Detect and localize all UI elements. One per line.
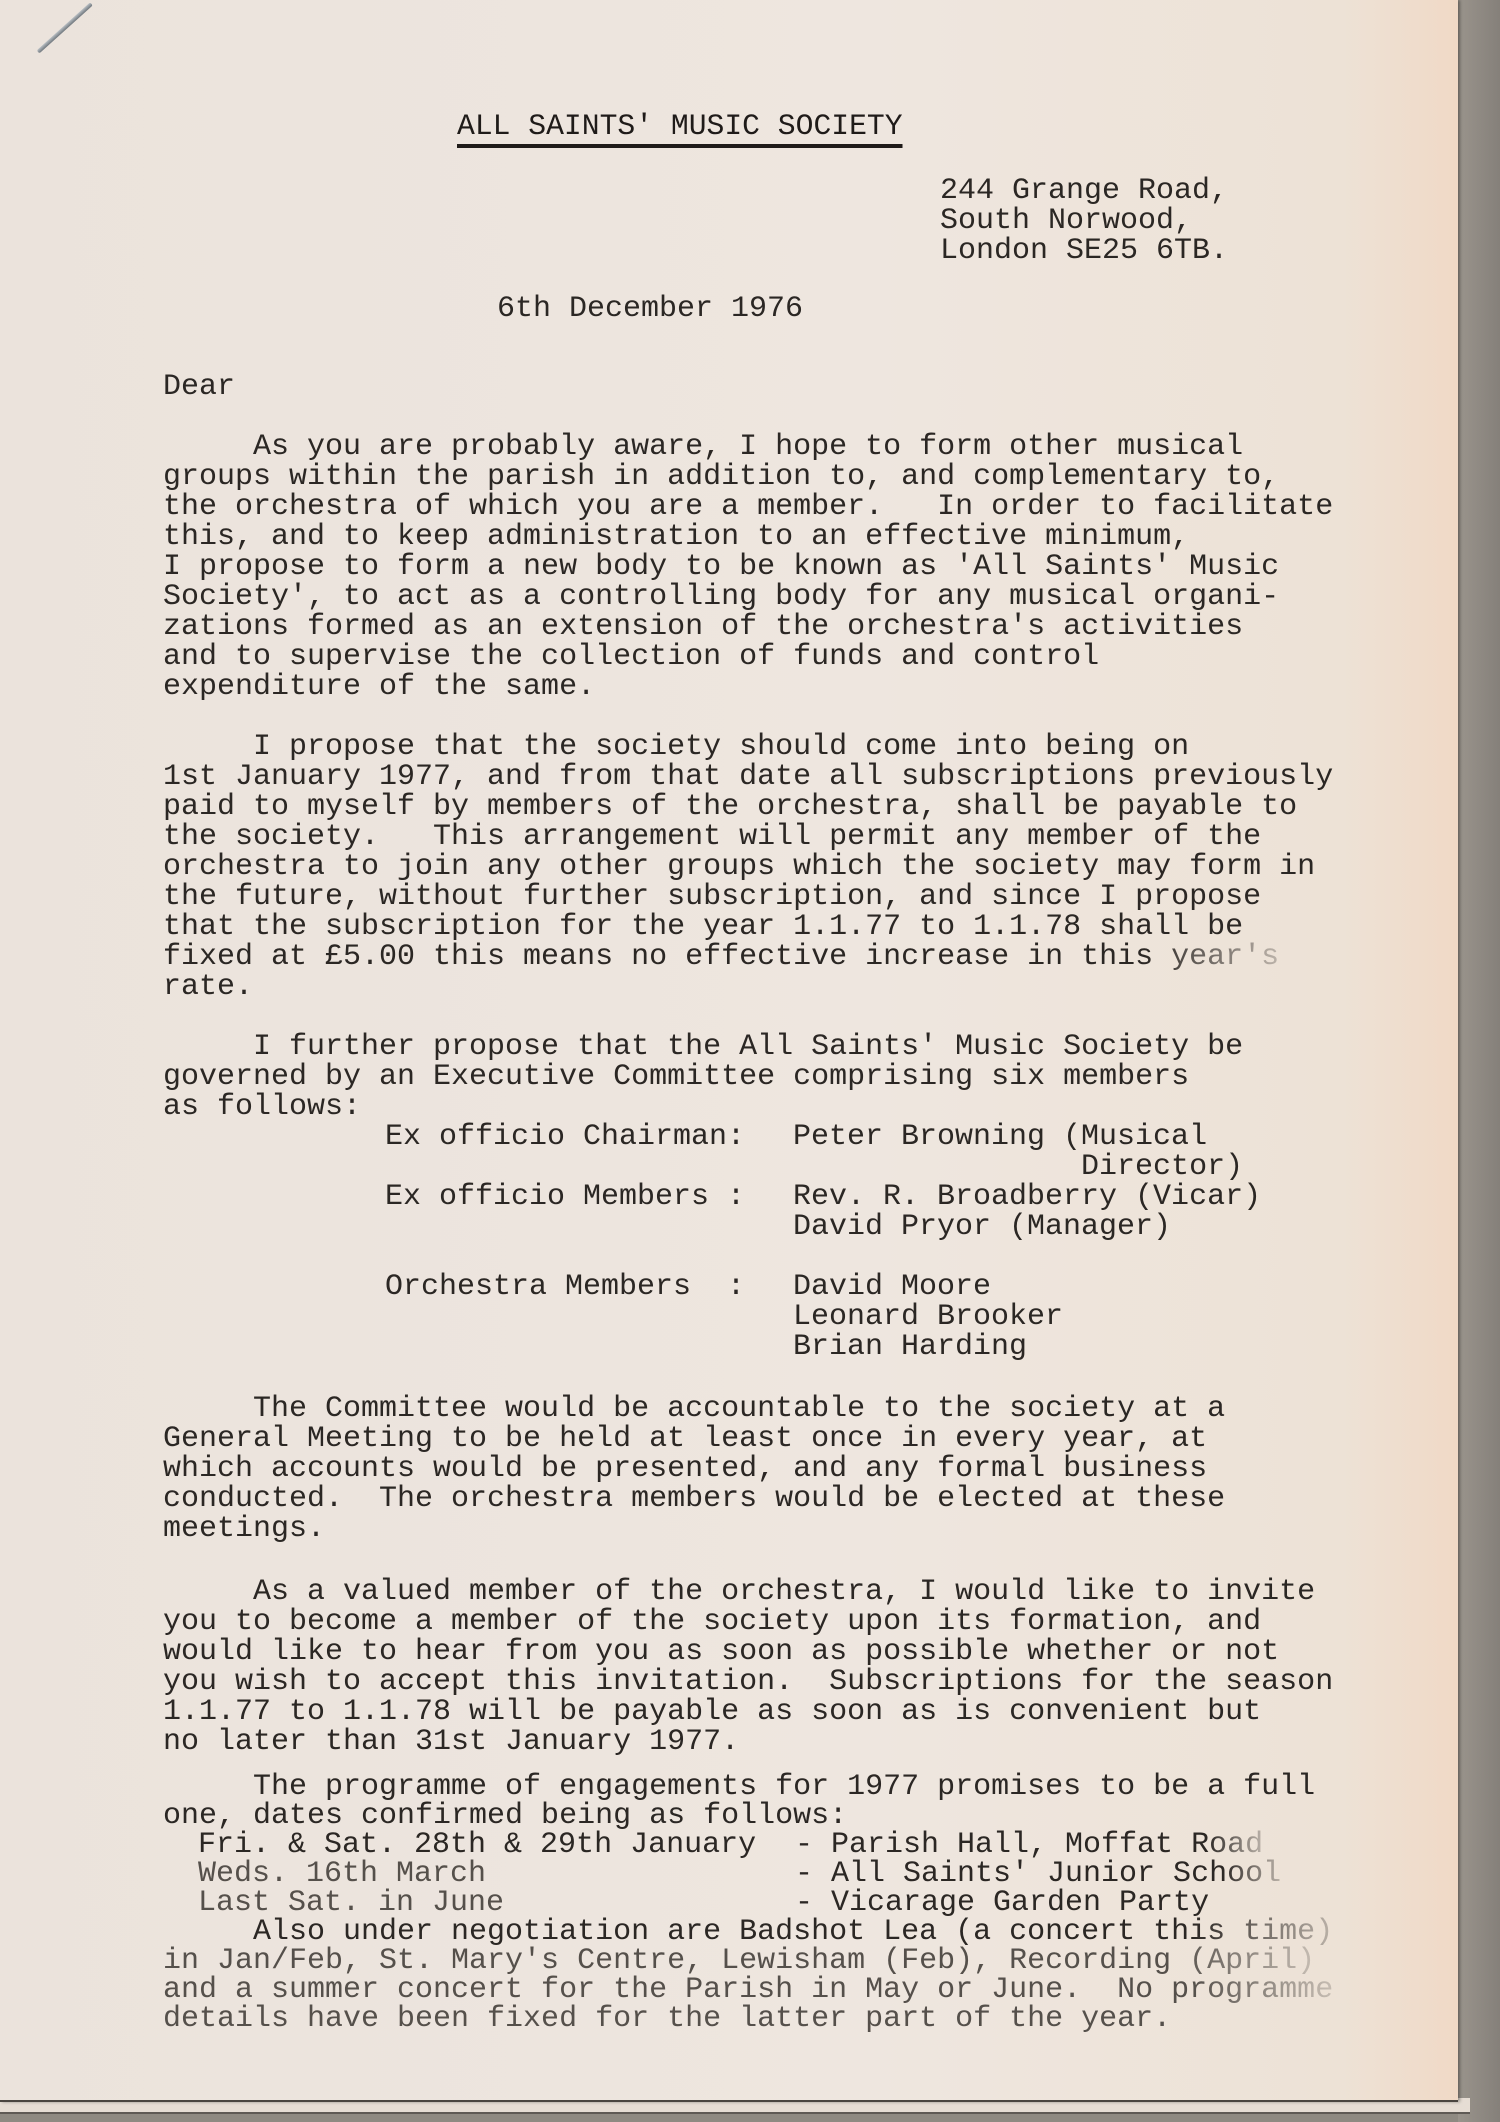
text-line: Also under negotiation are Badshot Lea (… bbox=[163, 1917, 1333, 1947]
text-line: The Committee would be accountable to th… bbox=[163, 1394, 1225, 1424]
committee-member: Brian Harding bbox=[793, 1332, 1027, 1362]
address-line: South Norwood, bbox=[940, 206, 1192, 236]
letter-date: 6th December 1976 bbox=[497, 294, 803, 324]
text-line: in Jan/Feb, St. Mary's Centre, Lewisham … bbox=[163, 1946, 1315, 1976]
salutation: Dear bbox=[163, 372, 235, 402]
letter-title: ALL SAINTS' MUSIC SOCIETY bbox=[457, 112, 903, 148]
text-line: orchestra to join any other groups which… bbox=[163, 852, 1315, 882]
committee-member: Rev. R. Broadberry (Vicar) bbox=[793, 1182, 1261, 1212]
text-line: I further propose that the All Saints' M… bbox=[163, 1032, 1243, 1062]
text-line: that the subscription for the year 1.1.7… bbox=[163, 912, 1243, 942]
committee-role: Ex officio Chairman: bbox=[385, 1122, 745, 1152]
text-line: 1st January 1977, and from that date all… bbox=[163, 762, 1333, 792]
committee-member: David Moore bbox=[793, 1272, 991, 1302]
text-line: zations formed as an extension of the or… bbox=[163, 612, 1243, 642]
text-line: paid to myself by members of the orchest… bbox=[163, 792, 1297, 822]
text-line: this, and to keep administration to an e… bbox=[163, 522, 1189, 552]
text-line: governed by an Executive Committee compr… bbox=[163, 1062, 1189, 1092]
text-line: groups within the parish in addition to,… bbox=[163, 462, 1279, 492]
text-line: 1.1.77 to 1.1.78 will be payable as soon… bbox=[163, 1697, 1261, 1727]
text-line: and a summer concert for the Parish in M… bbox=[163, 1975, 1333, 2005]
text-line: no later than 31st January 1977. bbox=[163, 1727, 739, 1757]
committee-role: Orchestra Members : bbox=[385, 1272, 745, 1302]
committee-member: Director) bbox=[793, 1152, 1243, 1182]
text-line: fixed at £5.00 this means no effective i… bbox=[163, 942, 1279, 972]
text-line: as follows: bbox=[163, 1092, 361, 1122]
text-line: the orchestra of which you are a member.… bbox=[163, 492, 1333, 522]
engagement-venue: - Parish Hall, Moffat Road bbox=[795, 1830, 1263, 1860]
text-line: rate. bbox=[163, 972, 253, 1002]
engagement-venue: - All Saints' Junior School bbox=[795, 1859, 1281, 1889]
text-line: expenditure of the same. bbox=[163, 672, 595, 702]
engagement-date: Fri. & Sat. 28th & 29th January bbox=[198, 1830, 756, 1860]
engagement-date: Weds. 16th March bbox=[198, 1859, 486, 1889]
text-line: would like to hear from you as soon as p… bbox=[163, 1637, 1279, 1667]
engagement-venue: - Vicarage Garden Party bbox=[795, 1888, 1209, 1918]
text-line: and to supervise the collection of funds… bbox=[163, 642, 1099, 672]
text-line: the society. This arrangement will permi… bbox=[163, 822, 1261, 852]
text-line: which accounts would be presented, and a… bbox=[163, 1454, 1207, 1484]
committee-member: Leonard Brooker bbox=[793, 1302, 1063, 1332]
text-line: conducted. The orchestra members would b… bbox=[163, 1484, 1225, 1514]
text-line: the future, without further subscription… bbox=[163, 882, 1261, 912]
text-line: General Meeting to be held at least once… bbox=[163, 1424, 1207, 1454]
text-line: The programme of engagements for 1977 pr… bbox=[163, 1772, 1315, 1802]
text-line: As a valued member of the orchestra, I w… bbox=[163, 1577, 1315, 1607]
committee-role: Ex officio Members : bbox=[385, 1182, 745, 1212]
letter-page: ALL SAINTS' MUSIC SOCIETY 244 Grange Roa… bbox=[0, 0, 1458, 2102]
text-line: one, dates confirmed being as follows: bbox=[163, 1801, 847, 1831]
committee-member: Peter Browning (Musical bbox=[793, 1122, 1207, 1152]
text-line: Society', to act as a controlling body f… bbox=[163, 582, 1279, 612]
text-line: meetings. bbox=[163, 1514, 325, 1544]
address-line: London SE25 6TB. bbox=[940, 236, 1228, 266]
text-line: I propose to form a new body to be known… bbox=[163, 552, 1279, 582]
text-line: you to become a member of the society up… bbox=[163, 1607, 1261, 1637]
scanner-background bbox=[1458, 0, 1500, 2122]
engagement-date: Last Sat. in June bbox=[198, 1888, 504, 1918]
committee-member: David Pryor (Manager) bbox=[793, 1212, 1171, 1242]
staple-icon bbox=[37, 2, 93, 53]
address-line: 244 Grange Road, bbox=[940, 176, 1228, 206]
text-line: As you are probably aware, I hope to for… bbox=[163, 432, 1243, 462]
text-line: I propose that the society should come i… bbox=[163, 732, 1189, 762]
text-line: you wish to accept this invitation. Subs… bbox=[163, 1667, 1333, 1697]
text-line: details have been fixed for the latter p… bbox=[163, 2004, 1171, 2034]
